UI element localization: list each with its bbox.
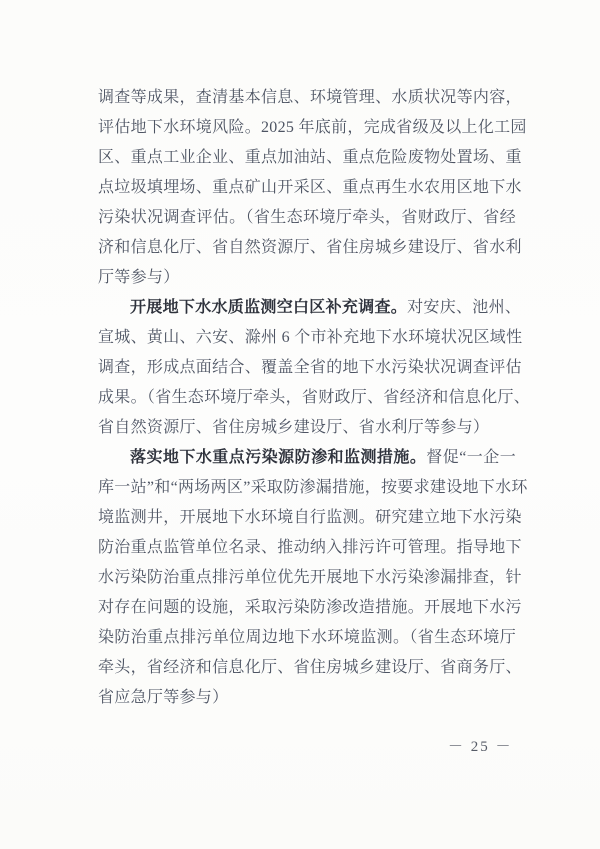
text-line: 染防治重点排污单位周边地下水环境监测。（省生态环境厅	[98, 623, 516, 653]
paragraph-2: 开展地下水水质监测空白区补充调查。对安庆、池州、 宣城、黄山、六安、滁州 6 个…	[98, 293, 516, 443]
text-line: 成果。（省生态环境厅牵头，省财政厅、省经济和信息化厅、	[98, 383, 516, 413]
text-line: 区、重点工业企业、重点加油站、重点危险废物处置场、重	[98, 143, 516, 173]
text-line: 牵头，省经济和信息化厅、省住房城乡建设厅、省商务厅、	[98, 653, 516, 683]
text-line: 宣城、黄山、六安、滁州 6 个市补充地下水环境状况区域性	[98, 323, 516, 353]
text-line: 省应急厅等参与）	[98, 683, 516, 713]
text-line: 济和信息化厅、省自然资源厅、省住房城乡建设厅、省水利	[98, 233, 516, 263]
text-line: 调查，形成点面结合、覆盖全省的地下水污染状况调查评估	[98, 353, 516, 383]
text-line: 防治重点监管单位名录、推动纳入排污许可管理。指导地下	[98, 533, 516, 563]
text-line: 水污染防治重点排污单位优先开展地下水污染渗漏排查，针	[98, 563, 516, 593]
text-line: 对存在问题的设施，采取污染防渗改造措施。开展地下水污	[98, 593, 516, 623]
paragraph-3: 落实地下水重点污染源防渗和监测措施。督促“一企一 库一站”和“两场两区”采取防渗…	[98, 443, 516, 713]
paragraph-1: 调查等成果，查清基本信息、环境管理、水质状况等内容， 评估地下水环境风险。202…	[98, 83, 516, 293]
paragraph-2-bold-lead: 开展地下水水质监测空白区补充调查。	[130, 299, 407, 316]
paragraph-3-bold-lead: 落实地下水重点污染源防渗和监测措施。	[130, 449, 426, 466]
document-body: 调查等成果，查清基本信息、环境管理、水质状况等内容， 评估地下水环境风险。202…	[98, 83, 516, 713]
text-line: 库一站”和“两场两区”采取防渗漏措施，按要求建设地下水环	[98, 473, 516, 503]
text-line: 调查等成果，查清基本信息、环境管理、水质状况等内容，	[98, 83, 516, 113]
paragraph-3-lead-rest: 督促“一企一	[426, 449, 516, 466]
paragraph-2-lead-rest: 对安庆、池州、	[407, 299, 521, 316]
text-line: 评估地下水环境风险。2025 年底前，完成省级及以上化工园	[98, 113, 516, 143]
text-line: 厅等参与）	[98, 263, 516, 293]
text-line: 省自然资源厅、省住房城乡建设厅、省水利厅等参与）	[98, 413, 516, 443]
text-line: 落实地下水重点污染源防渗和监测措施。督促“一企一	[98, 443, 516, 473]
text-line: 点垃圾填埋场、重点矿山开采区、重点再生水农用区地下水	[98, 173, 516, 203]
text-line: 污染状况调查评估。（省生态环境厅牵头，省财政厅、省经	[98, 203, 516, 233]
document-page: 调查等成果，查清基本信息、环境管理、水质状况等内容， 评估地下水环境风险。202…	[0, 0, 600, 849]
text-line: 境监测井，开展地下水环境自行监测。研究建立地下水污染	[98, 503, 516, 533]
page-number: － 25 －	[448, 732, 513, 762]
text-line: 开展地下水水质监测空白区补充调查。对安庆、池州、	[98, 293, 516, 323]
